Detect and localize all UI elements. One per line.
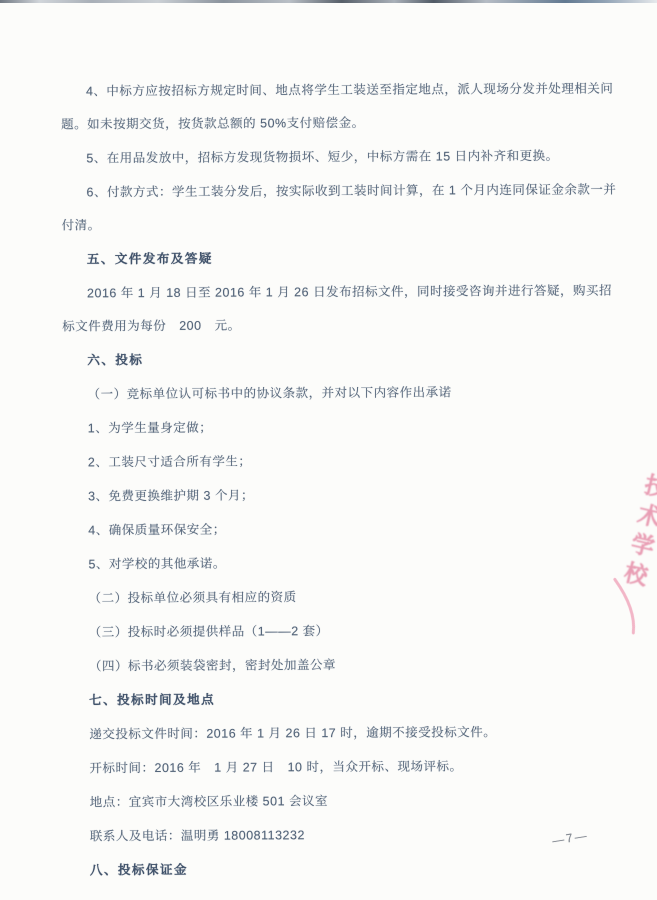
para-submission-deadline: 递交投标文件时间：2016 年 1 月 26 日 17 时，逾期不接受投标文件。 — [64, 716, 621, 752]
para-requirement-sealing: （四）标书必须装袋密封，密封处加盖公章 — [64, 648, 621, 684]
para-promise-4: 4、确保质量环保安全； — [63, 512, 620, 548]
para-promise-intro: （一）竞标单位认可标书中的协议条款，并对以下内容作出承诺 — [62, 376, 619, 412]
heading-section-5-document-release: 五、文件发布及答疑 — [62, 241, 619, 277]
para-release-dates-and-fee: 2016 年 1 月 18 日至 2016 年 1 月 26 日发布招标文件，同… — [62, 275, 619, 344]
heading-section-7-time-and-place: 七、投标时间及地点 — [64, 682, 621, 718]
para-promise-3: 3、免费更换维护期 3 个月； — [63, 478, 620, 514]
para-promise-1: 1、为学生量身定做； — [63, 410, 620, 446]
seal-text: 技术学校 — [615, 471, 657, 595]
clause-4-delivery: 4、中标方应按招标方规定时间、地点将学生工装送至指定地点，派人现场分发并处理相关… — [61, 73, 618, 142]
para-promise-2: 2、工装尺寸适合所有学生； — [63, 444, 620, 480]
scanned-document-page: 4、中标方应按招标方规定时间、地点将学生工装送至指定地点，派人现场分发并处理相关… — [0, 0, 657, 900]
para-requirement-sample: （三）投标时必须提供样品（1——2 套） — [64, 614, 621, 650]
document-body-text: 4、中标方应按招标方规定时间、地点将学生工装送至指定地点，派人现场分发并处理相关… — [61, 73, 622, 889]
scan-artifact-top-edge — [0, 0, 657, 3]
para-contact-person-phone: 联系人及电话：温明勇 18008113232 — [65, 818, 622, 854]
clause-6-payment: 6、付款方式：学生工装分发后，按实际收到工装时间计算，在 1 个月内连同保证金余… — [61, 174, 618, 243]
heading-section-8-bid-deposit: 八、投标保证金 — [65, 852, 622, 888]
para-location: 地点：宜宾市大湾校区乐业楼 501 会议室 — [65, 784, 622, 820]
heading-section-6-bidding: 六、投标 — [62, 342, 619, 378]
para-bid-opening-time: 开标时间：2016 年 1 月 27 日 10 时，当众开标、现场评标。 — [64, 750, 621, 786]
para-promise-5: 5、对学校的其他承诺。 — [63, 546, 620, 582]
clause-5-replacement: 5、在用品发放中，招标方发现货物损坏、短少，中标方需在 15 日内补齐和更换。 — [61, 140, 618, 176]
para-requirement-qualification: （二）投标单位必须具有相应的资质 — [64, 580, 621, 616]
